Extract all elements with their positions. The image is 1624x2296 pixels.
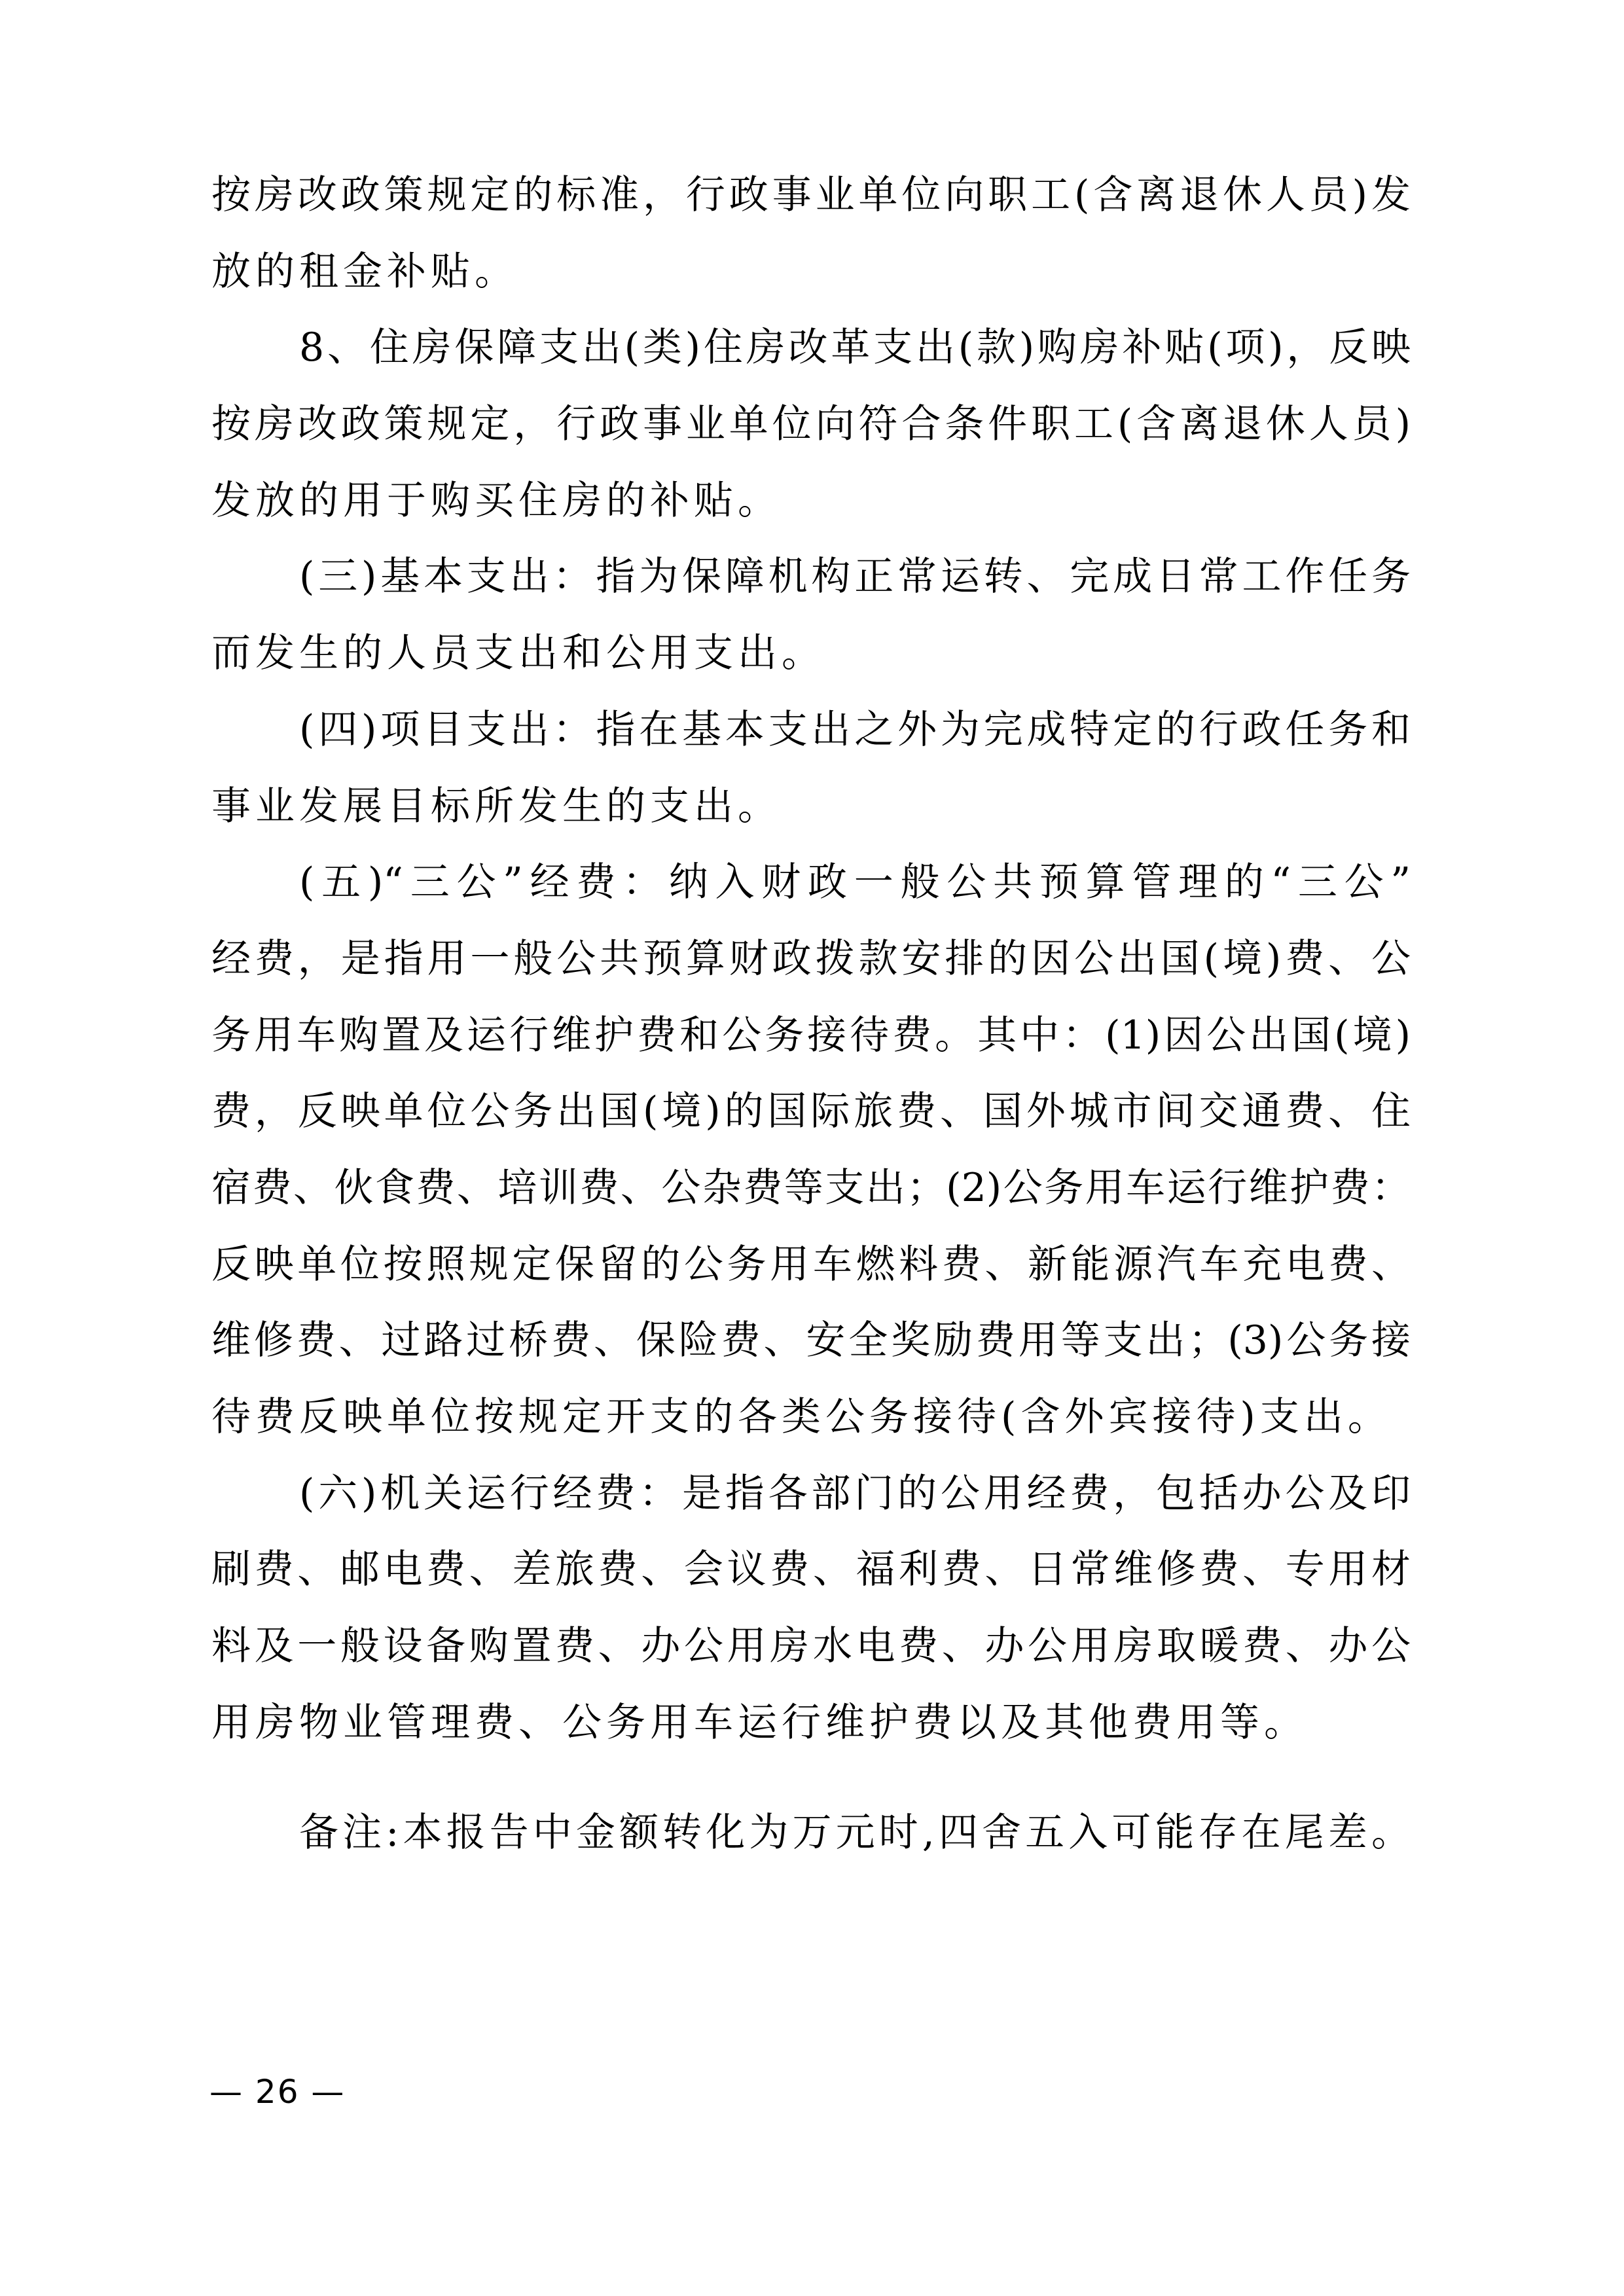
paragraph-line: 经费，是指用一般公共预算财政拨款安排的因公出国(境)费、公 [211, 921, 1411, 997]
paragraph-line: 刷费、邮电费、差旅费、会议费、福利费、日常维修费、专用材 [211, 1532, 1411, 1608]
paragraph-line: 费，反映单位公务出国(境)的国际旅费、国外城市间交通费、住 [211, 1073, 1411, 1150]
paragraph-line: 用房物业管理费、公务用车运行维护费以及其他费用等。 [211, 1685, 1411, 1761]
paragraph-line: 放的租金补贴。 [211, 234, 1411, 310]
body-text: 按房改政策规定的标准，行政事业单位向职工(含离退休人员)发 放的租金补贴。 8、… [211, 157, 1411, 1761]
paragraph-line: 务用车购置及运行维护费和公务接待费。其中：(1)因公出国(境) [211, 997, 1411, 1074]
paragraph-line: 反映单位按照规定保留的公务用车燃料费、新能源汽车充电费、 [211, 1227, 1411, 1303]
paragraph-line: 发放的用于购买住房的补贴。 [211, 463, 1411, 539]
document-page: 按房改政策规定的标准，行政事业单位向职工(含离退休人员)发 放的租金补贴。 8、… [0, 0, 1624, 2296]
paragraph-line: 待费反映单位按规定开支的各类公务接待(含外宾接待)支出。 [211, 1379, 1411, 1456]
paragraph-line: 按房改政策规定，行政事业单位向符合条件职工(含离退休人员) [211, 386, 1411, 463]
paragraph-line: 8、住房保障支出(类)住房改革支出(款)购房补贴(项)，反映 [211, 310, 1411, 386]
footnote: 备注:本报告中金额转化为万元时,四舍五入可能存在尾差。 [299, 1806, 1411, 1859]
page-number: — 26 — [209, 2073, 345, 2110]
paragraph-line: 事业发展目标所发生的支出。 [211, 768, 1411, 845]
paragraph-line: 宿费、伙食费、培训费、公杂费等支出；(2)公务用车运行维护费： [211, 1150, 1411, 1227]
paragraph-line: (五)“三公”经费：纳入财政一般公共预算管理的“三公” [211, 844, 1411, 921]
paragraph-line: 按房改政策规定的标准，行政事业单位向职工(含离退休人员)发 [211, 157, 1411, 234]
paragraph-line: 维修费、过路过桥费、保险费、安全奖励费用等支出；(3)公务接 [211, 1302, 1411, 1379]
paragraph-line: 而发生的人员支出和公用支出。 [211, 615, 1411, 692]
paragraph-line: 料及一般设备购置费、办公用房水电费、办公用房取暖费、办公 [211, 1608, 1411, 1685]
paragraph-line: (三)基本支出：指为保障机构正常运转、完成日常工作任务 [211, 539, 1411, 615]
paragraph-line: (六)机关运行经费：是指各部门的公用经费，包括办公及印 [211, 1456, 1411, 1532]
paragraph-line: (四)项目支出：指在基本支出之外为完成特定的行政任务和 [211, 692, 1411, 768]
